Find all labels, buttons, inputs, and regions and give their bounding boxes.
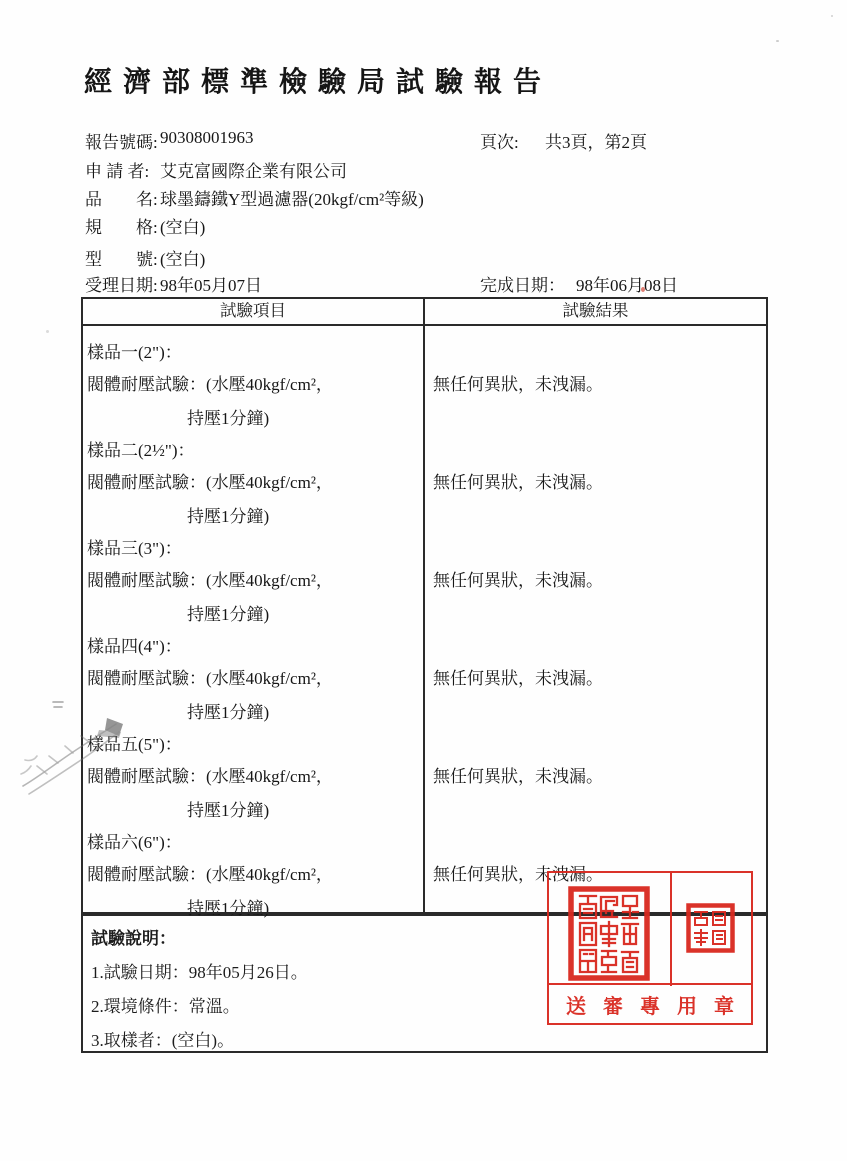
- header-test-result: 試驗結果: [425, 299, 766, 324]
- accept-date-value: 98年05月07日: [160, 271, 262, 296]
- note-item: 3.取樣者：(空白)。: [91, 1026, 234, 1051]
- scan-dust-speck: [46, 330, 49, 333]
- result-text: 無任何異狀，未洩漏。: [433, 762, 603, 787]
- test-item-cell: 樣品四(4")： 閥體耐壓試驗：(水壓40kgf/cm²， 持壓1分鐘): [83, 620, 425, 718]
- table-row: 樣品三(3")： 閥體耐壓試驗：(水壓40kgf/cm²， 持壓1分鐘) 無任何…: [83, 522, 766, 620]
- scan-dust-speck: [831, 15, 833, 17]
- product-name-value: 球墨鑄鐵Y型過濾器(20kgf/cm²等級): [160, 185, 424, 210]
- complete-date-label: 完成日期：: [480, 271, 565, 296]
- table-row: 樣品一(2")： 閥體耐壓試驗：(水壓40kgf/cm²， 持壓1分鐘) 無任何…: [83, 326, 766, 424]
- approval-stamp-box: 送 審 專 用 章: [547, 871, 753, 1025]
- test-description: 閥體耐壓試驗：(水壓40kgf/cm²，: [87, 664, 333, 689]
- page-count-value: 共3頁，第2頁: [545, 128, 647, 153]
- spec-value: (空白): [160, 213, 205, 238]
- test-results-table: 試驗項目 試驗結果 樣品一(2")： 閥體耐壓試驗：(水壓40kgf/cm²， …: [81, 297, 768, 916]
- table-row: 樣品四(4")： 閥體耐壓試驗：(水壓40kgf/cm²， 持壓1分鐘) 無任何…: [83, 620, 766, 718]
- table-header-row: 試驗項目 試驗結果: [83, 299, 766, 326]
- spec-label: 規 格:: [85, 213, 158, 238]
- notes-title: 試驗說明：: [91, 924, 176, 949]
- sample-label: 樣品四(4")：: [87, 632, 182, 657]
- test-item-cell: 樣品三(3")： 閥體耐壓試驗：(水壓40kgf/cm²， 持壓1分鐘): [83, 522, 425, 620]
- personal-seal-icon: [686, 903, 735, 953]
- test-description: 閥體耐壓試驗：(水壓40kgf/cm²，: [87, 370, 333, 395]
- stamp-seal-area: [549, 873, 751, 986]
- accept-date-label: 受理日期:: [85, 271, 158, 296]
- result-text: 無任何異狀，未洩漏。: [433, 566, 603, 591]
- test-description: 閥體耐壓試驗：(水壓40kgf/cm²，: [87, 566, 333, 591]
- company-seal-icon: [568, 886, 650, 981]
- test-description: 閥體耐壓試驗：(水壓40kgf/cm²，: [87, 860, 333, 885]
- header-test-item: 試驗項目: [83, 299, 425, 324]
- test-result-cell: 無任何異狀，未洩漏。: [425, 620, 766, 718]
- sample-label: 樣品二(2½")：: [87, 436, 195, 461]
- test-description: 閥體耐壓試驗：(水壓40kgf/cm²，: [87, 468, 333, 493]
- test-result-cell: 無任何異狀，未洩漏。: [425, 326, 766, 424]
- sample-label: 樣品三(3")：: [87, 534, 182, 559]
- model-label: 型 號:: [85, 245, 158, 270]
- applicant-label: 申 請 者:: [85, 157, 149, 182]
- note-item: 2.環境條件：常溫。: [91, 992, 240, 1017]
- test-item-cell: 樣品一(2")： 閥體耐壓試驗：(水壓40kgf/cm²， 持壓1分鐘): [83, 326, 425, 424]
- model-value: (空白): [160, 245, 205, 270]
- stamp-label-row: 送 審 專 用 章: [549, 983, 751, 1023]
- result-text: 無任何異狀，未洩漏。: [433, 664, 603, 689]
- personal-seal-cell: [672, 873, 751, 986]
- stamp-label: 送 審 專 用 章: [566, 990, 740, 1019]
- report-title: 經 濟 部 標 準 檢 驗 局 試 驗 報 告: [84, 60, 543, 100]
- pencil-smudge-mark: [15, 690, 130, 808]
- sample-label: 樣品一(2")：: [87, 338, 182, 363]
- test-result-cell: 無任何異狀，未洩漏。: [425, 522, 766, 620]
- complete-date-value: 98年06月08日: [576, 271, 678, 296]
- result-text: 無任何異狀，未洩漏。: [433, 468, 603, 493]
- product-name-label: 品 名:: [85, 185, 158, 210]
- report-no-value: 90308001963: [160, 128, 254, 148]
- sample-label: 樣品六(6")：: [87, 828, 182, 853]
- table-row: 樣品五(5")： 閥體耐壓試驗：(水壓40kgf/cm²， 持壓1分鐘) 無任何…: [83, 718, 766, 816]
- scan-dust-speck: [776, 40, 779, 42]
- page-count-label: 頁次:: [480, 128, 519, 153]
- test-item-cell: 樣品六(6")： 閥體耐壓試驗：(水壓40kgf/cm²， 持壓1分鐘): [83, 816, 425, 914]
- test-item-cell: 樣品五(5")： 閥體耐壓試驗：(水壓40kgf/cm²， 持壓1分鐘): [83, 718, 425, 816]
- report-no-label: 報告號碼:: [85, 128, 158, 153]
- table-row: 樣品二(2½")： 閥體耐壓試驗：(水壓40kgf/cm²， 持壓1分鐘) 無任…: [83, 424, 766, 522]
- scanned-test-report-page: 經 濟 部 標 準 檢 驗 局 試 驗 報 告 報告號碼: 9030800196…: [0, 0, 847, 1161]
- result-text: 無任何異狀，未洩漏。: [433, 370, 603, 395]
- note-item: 1.試驗日期：98年05月26日。: [91, 958, 308, 983]
- test-result-cell: 無任何異狀，未洩漏。: [425, 718, 766, 816]
- red-ink-speck: [641, 287, 645, 292]
- test-item-cell: 樣品二(2½")： 閥體耐壓試驗：(水壓40kgf/cm²， 持壓1分鐘): [83, 424, 425, 522]
- test-result-cell: 無任何異狀，未洩漏。: [425, 424, 766, 522]
- applicant-value: 艾克富國際企業有限公司: [160, 157, 347, 182]
- company-seal-cell: [549, 873, 672, 986]
